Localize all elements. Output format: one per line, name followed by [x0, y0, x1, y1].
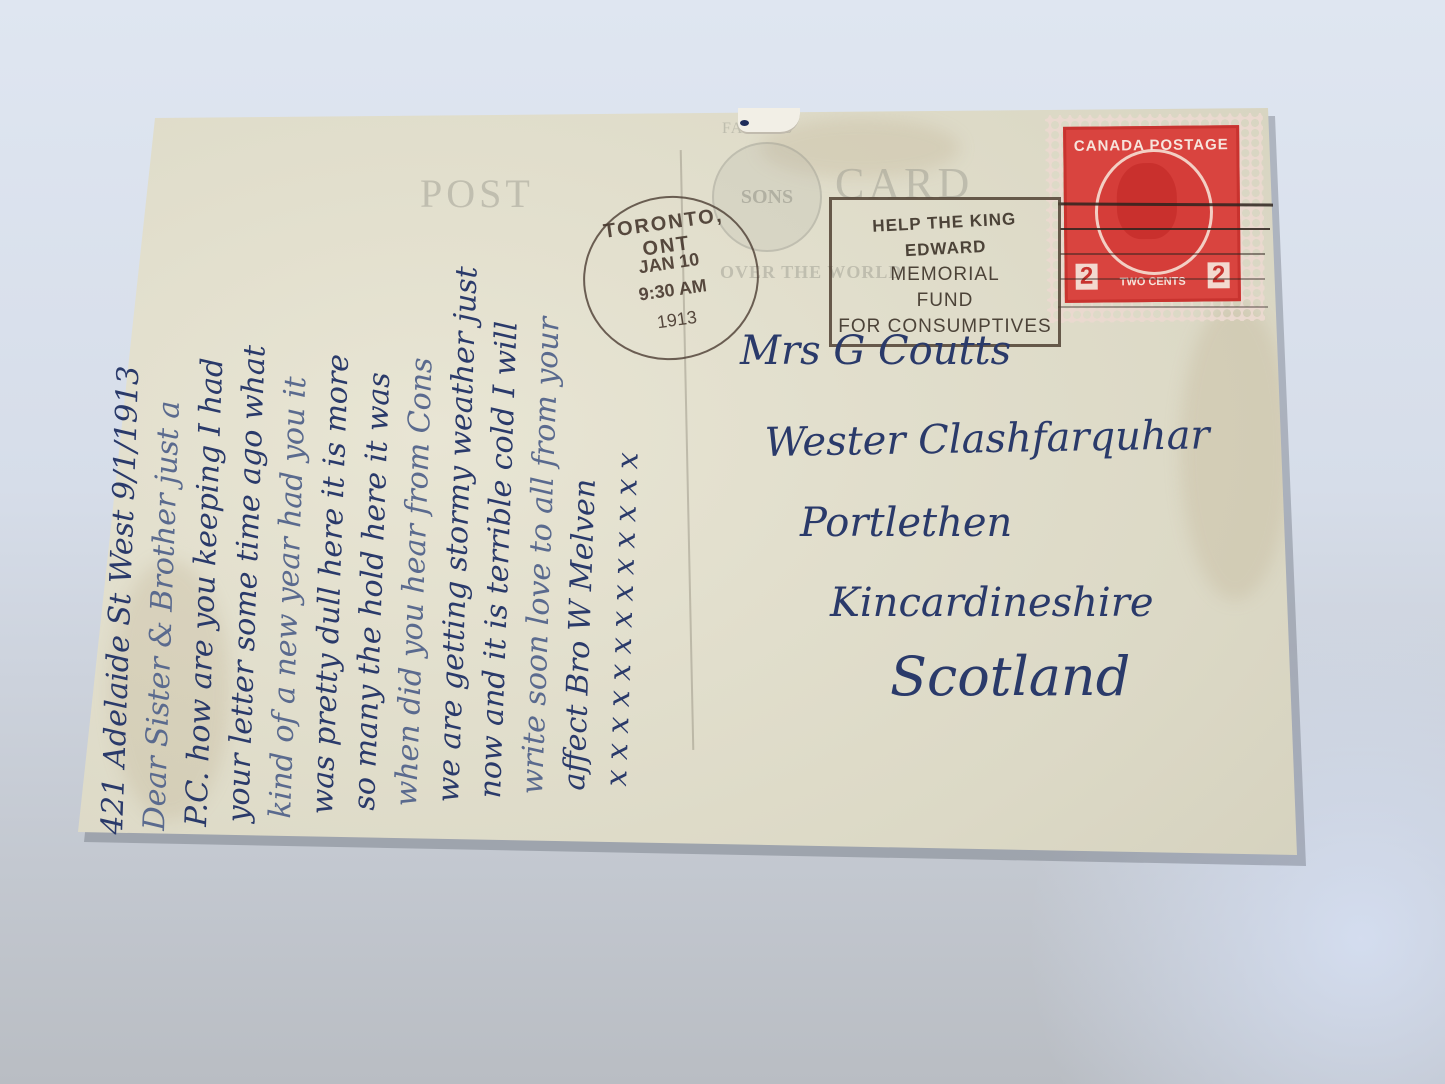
post-card-heading: POST — [420, 170, 534, 217]
address-line-3: Portlethen — [800, 500, 1012, 546]
stamp-value-left: 2 — [1076, 264, 1098, 290]
stamp-country: CANADA POSTAGE — [1066, 136, 1236, 155]
slogan-line-1: HELP THE KING EDWARD — [831, 204, 1059, 268]
address-line-1: Mrs G Coutts — [740, 328, 1011, 374]
postage-stamp: CANADA POSTAGE 2 TWO CENTS 2 — [1063, 125, 1241, 303]
address-line-2: Wester Clashfarquhar — [764, 412, 1210, 466]
cancel-bar — [1058, 306, 1268, 308]
cancel-bar — [1060, 228, 1270, 230]
stamp-value-right: 2 — [1208, 262, 1230, 288]
slogan-line-3: FUND — [832, 288, 1058, 314]
address-line-5: Scotland — [890, 645, 1130, 708]
cancel-bar — [1060, 253, 1265, 255]
cancel-bar — [1060, 278, 1265, 280]
slogan-cancellation: HELP THE KING EDWARD MEMORIAL FUND FOR C… — [829, 197, 1061, 347]
seal-text: SONS — [741, 186, 793, 209]
address-line-4: Kincardineshire — [830, 580, 1154, 626]
ink-dot — [740, 120, 749, 126]
